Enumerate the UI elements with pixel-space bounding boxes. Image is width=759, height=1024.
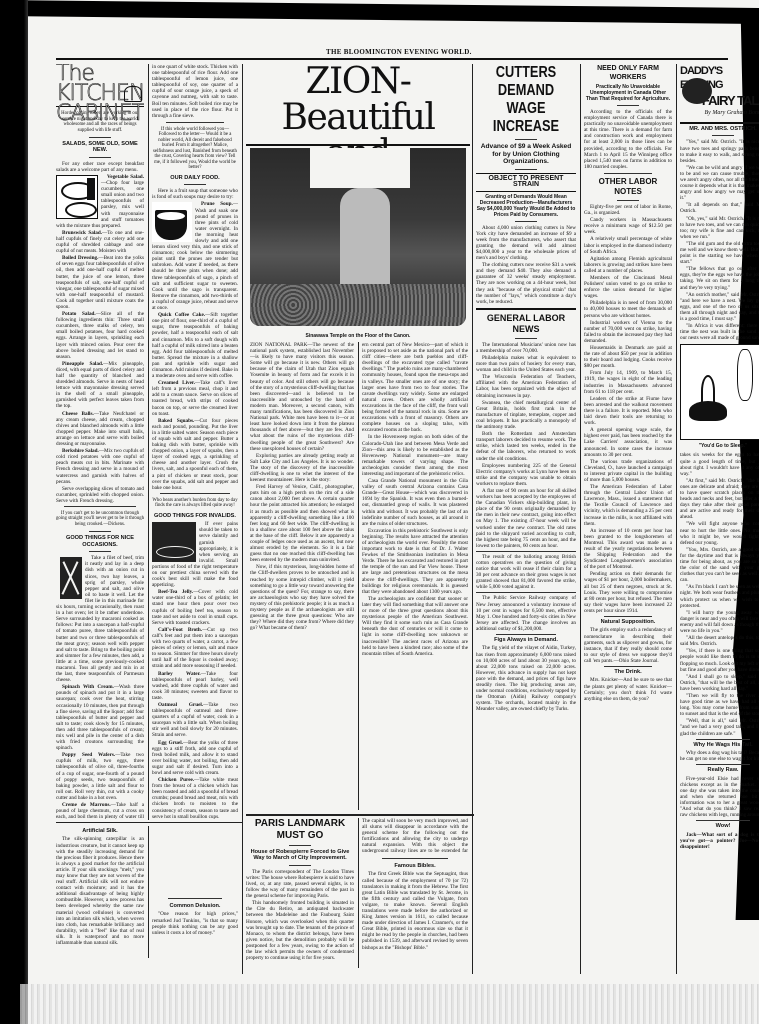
article-body: Mrs. Knicker—And be sure to see that the… bbox=[584, 677, 672, 701]
plate-shape bbox=[65, 202, 97, 218]
section-divider bbox=[246, 814, 474, 816]
recipe: Spinach With Cream.—Wash three pounds of… bbox=[56, 684, 144, 751]
cutters-demand-article: CUTTERS DEMAND WAGE INCREASE Advance of … bbox=[476, 64, 576, 970]
recipe: Boiled Dressing.—Beat into the yolks of … bbox=[56, 255, 144, 310]
recipe: Cheese Balls.—Take Neufchatel or any cre… bbox=[56, 411, 144, 448]
divider bbox=[604, 616, 652, 617]
article-paragraph: The clothing cutters now receive $31 a w… bbox=[476, 262, 576, 305]
labor-item: Both the Rotterdam and Amsterdam transpo… bbox=[476, 431, 576, 461]
article-paragraph: About 4,000 union clothing cutters in Ne… bbox=[476, 225, 576, 262]
divider bbox=[476, 592, 576, 593]
recipe: Creamed Liver.—Take calf's liver left fr… bbox=[152, 380, 238, 417]
zion-title-line1: ZION-Beautiful bbox=[246, 64, 470, 136]
story-head: MR. AND MRS. OSTRICH. bbox=[680, 126, 759, 132]
article-head: PARIS LANDMARK MUST GO bbox=[246, 818, 354, 842]
article-head: Why He Wags His Tail. bbox=[680, 742, 759, 748]
story-paragraph: "As I'm black I can't be seen as well at… bbox=[680, 584, 759, 608]
labor-note: The various trade organizations of Cleve… bbox=[584, 459, 672, 483]
labor-note: A general opening wage scale, the highes… bbox=[584, 427, 672, 457]
column-rule bbox=[148, 826, 149, 958]
scan-left-edge bbox=[0, 0, 28, 1024]
article-paragraph: Exploring parties are already getting re… bbox=[250, 453, 354, 483]
labor-note: Eighty-five per cent of labor in Rome, G… bbox=[584, 204, 672, 216]
story-paragraph: "Yes, if there is one thing that some pe… bbox=[680, 648, 759, 672]
article-paragraph: In the Hovenweep region on both sides of… bbox=[362, 434, 468, 477]
column-rule bbox=[148, 64, 149, 820]
labor-note: Members of the Cincinnati Metal Polisher… bbox=[584, 275, 672, 299]
recipe-name: Pineapple Salad. bbox=[62, 361, 103, 367]
labor-item: The result of the balloting among Britis… bbox=[476, 554, 576, 591]
section-head: OUR DAILY FOOD. bbox=[152, 175, 238, 181]
kitchen-title-line2: CABINET bbox=[56, 104, 144, 124]
divider bbox=[515, 169, 537, 170]
page-top-border bbox=[0, 0, 759, 24]
labor-note: Pending action on their demands for wage… bbox=[584, 571, 672, 614]
labor-note: Agitation among Flemish agricultural lab… bbox=[584, 256, 672, 274]
recipe: Chicken Puree.—Take white meat from the … bbox=[152, 777, 238, 820]
illustration-caption: "You'd Go to Sleep." bbox=[680, 443, 759, 449]
labor-note: Philadelphia is in need of from 30,000 t… bbox=[584, 300, 672, 318]
story-paragraph: "At first," said Mr. Ostrich, "the littl… bbox=[680, 478, 759, 521]
divider bbox=[476, 308, 576, 310]
fairy-tale-header: DADDY'S EVENING FAIRY TALE By Mary Graha… bbox=[680, 64, 759, 120]
farm-workers-article: NEED ONLY FARM WORKERS Practically No Un… bbox=[584, 64, 672, 970]
column-rule bbox=[676, 64, 677, 974]
recipe: Poppy Seed Wafers.—Take two cupfuls of m… bbox=[56, 752, 144, 801]
story-paragraph: "And I shall go to sleep," said Mr. Ostr… bbox=[680, 674, 759, 692]
labor-item: A flat rate of 90 cents an hour for all … bbox=[476, 488, 576, 549]
recipe-text: Serve overlapping slices of tomato and c… bbox=[56, 486, 144, 504]
kitchen-cabinet-column-2: in one quart of white stock. Thicken wit… bbox=[152, 64, 238, 820]
recipe-text: Beat into the yolks of seven eggs four t… bbox=[56, 255, 144, 310]
divider bbox=[64, 506, 136, 507]
story-paragraph: "Oh, yes," said Mr. Ostrich. "It is nice… bbox=[680, 216, 759, 240]
dickens-quote: If you can't get to be uncommon through … bbox=[56, 511, 144, 528]
divider bbox=[515, 221, 537, 222]
divider bbox=[696, 820, 750, 821]
recipe: Barley Water.—Take four tablespoonfuls o… bbox=[152, 671, 238, 701]
labor-item: Employees numbering 225 of the General E… bbox=[476, 463, 576, 487]
recipe-text: Mix two cupfuls of cold riced potatoes w… bbox=[56, 448, 144, 484]
invalid-tray-illustration bbox=[152, 522, 196, 562]
divider bbox=[476, 551, 576, 552]
kitchen-cabinet-header: The KITCHEN CABINET bbox=[56, 64, 144, 104]
kitchen-cabinet-column: The KITCHEN CABINET Hordes of tiny toile… bbox=[56, 64, 144, 820]
divider bbox=[496, 634, 556, 635]
kettle-icon bbox=[124, 86, 142, 102]
recipe-name: Barley Water. bbox=[158, 671, 201, 677]
recipe-name: Cheese Balls. bbox=[62, 411, 94, 417]
labor-note: A relatively small percentage of white l… bbox=[584, 236, 672, 254]
figs-body: The fig yield of the vilayet of Aidin, T… bbox=[476, 645, 576, 712]
article-paragraph: This handsomely fronted building is situ… bbox=[246, 900, 354, 961]
temple-rock-shape bbox=[340, 188, 390, 288]
deck-2: OBJECT TO PRESENT STRAIN bbox=[476, 173, 576, 192]
salad-bowl-illustration bbox=[56, 175, 98, 219]
recipe: Oatmeal Gruel.—Take two tablespoonfuls o… bbox=[152, 702, 238, 739]
story-paragraph: takes six weeks for the eggs to hatch, q… bbox=[680, 452, 759, 476]
recipe-name: Baked Squabs. bbox=[158, 418, 194, 424]
recipe-name: Prune Soup. bbox=[201, 201, 233, 207]
section-head: GOOD THINGS FOR INVALIDS. bbox=[152, 513, 238, 519]
labor-note: Industrial workers of Vienna to the numb… bbox=[584, 320, 672, 344]
column-rule bbox=[580, 64, 581, 974]
divider bbox=[617, 200, 639, 201]
divider bbox=[89, 531, 111, 532]
labor-note: Candy workers in Massachusetts receive a… bbox=[584, 217, 672, 235]
story-paragraph: "The fellows that go out after the eggs,… bbox=[680, 266, 759, 290]
recipe: Serve overlapping slices of tomato and c… bbox=[56, 486, 144, 504]
recipe-text: Beat the yolks of three eggs to a stiff … bbox=[152, 740, 238, 776]
story-paragraph: "The old gum and the old extra tosses me… bbox=[680, 241, 759, 265]
foliage-shape bbox=[250, 284, 466, 326]
article-body: The silk-spinning caterpillar is an indu… bbox=[56, 836, 144, 946]
recipe-text: Slice all of the following ingredients t… bbox=[56, 311, 144, 360]
section-head: GOOD THINGS FOR NICE OCCASIONS. bbox=[56, 535, 144, 548]
sky-shape bbox=[310, 148, 410, 188]
divider bbox=[696, 764, 750, 765]
divider bbox=[680, 122, 759, 124]
recipe: Calf's-Foot Broth.—Cut up two calf's fee… bbox=[152, 627, 238, 670]
recipe-text: Cut four pieces each and pound, pounding… bbox=[152, 418, 238, 491]
recipe: Egg Gruel.—Beat the yolks of three eggs … bbox=[152, 740, 238, 777]
story-paragraph: "In Africa it was different; there the t… bbox=[680, 323, 759, 341]
divider bbox=[604, 666, 652, 667]
deck-1: Advance of $9 a Week Asked for by Union … bbox=[476, 143, 576, 166]
divider bbox=[515, 338, 537, 339]
article-head: Natural Supposition. bbox=[584, 619, 672, 625]
section-divider bbox=[56, 822, 242, 823]
divider bbox=[696, 739, 750, 740]
recipe: Brunswick Salad.—To one and one-half cup… bbox=[56, 230, 144, 254]
reading-child-illustration bbox=[682, 78, 712, 104]
divider bbox=[160, 493, 230, 494]
zion-column-1: ZION NATIONAL PARK—The newest of the nat… bbox=[250, 342, 354, 810]
headline-rule bbox=[246, 144, 470, 146]
sinawava-temple-photo bbox=[250, 148, 466, 326]
story-paragraph: "An ostrich mother," said Mr. Ostrich, "… bbox=[680, 292, 759, 322]
labor-item: The International Musicians' union now h… bbox=[476, 342, 576, 354]
silk-continuation-space bbox=[152, 826, 238, 894]
recipe: Creme de Marrons.—Take half a pound of l… bbox=[56, 802, 144, 820]
divider bbox=[89, 551, 111, 552]
recipe-text: Take two cupfuls of milk, two eggs, thre… bbox=[56, 752, 144, 801]
photo-caption: Sinawava Temple on the Floor of the Cano… bbox=[250, 333, 466, 339]
article-head: Wow! bbox=[680, 823, 759, 829]
story-paragraph: "I will hurry the young away when danger… bbox=[680, 610, 759, 634]
column-rule bbox=[242, 64, 243, 974]
recipe: Pineapple Salad.—Mix pineapple, diced, w… bbox=[56, 361, 144, 410]
column-rule bbox=[472, 64, 473, 974]
labor-item: Philadelphia makes what is equivalent to… bbox=[476, 355, 576, 373]
recipe-name: Calf's-Foot Broth. bbox=[158, 627, 202, 633]
story-paragraph: "All the desert antelopes do this, too,"… bbox=[680, 635, 759, 647]
article-body: The girls employ such a redundancy of no… bbox=[584, 627, 672, 664]
recipe: Potato Salad.—Slice all of the following… bbox=[56, 311, 144, 360]
bottle-shape bbox=[87, 178, 95, 200]
article-deck: House of Robespierre Forced to Give Way … bbox=[246, 849, 354, 862]
article-paragraph: Fred Harvey of Venice, Calif., photograp… bbox=[250, 484, 354, 563]
ostrich-neck-shape bbox=[701, 375, 715, 407]
divider bbox=[184, 184, 206, 185]
paris-landmark-article: PARIS LANDMARK MUST GO House of Robespie… bbox=[246, 818, 354, 968]
article-head: The Drink. bbox=[584, 669, 672, 675]
divider bbox=[289, 845, 311, 846]
recipe-text: Cover with cold water one-third of a box… bbox=[152, 589, 238, 625]
story-paragraph: "You, Mrs. Ostrich, are a good color for… bbox=[680, 547, 759, 584]
section-intro: For any other race except breakfast sala… bbox=[56, 161, 144, 173]
recipe: Berkshire Salad.—Mix two cupfuls of cold… bbox=[56, 448, 144, 485]
article-paragraph: ZION NATIONAL PARK—The newest of the nat… bbox=[250, 342, 354, 452]
recipe-text: Take white meat from the breast of a chi… bbox=[152, 777, 238, 820]
labor-note: The American Federation of Labor through… bbox=[584, 484, 672, 527]
recipe-text: Mix pineapple, diced, with equal parts o… bbox=[56, 361, 144, 410]
article-deck: Practically No Unavoidable Unemployment … bbox=[584, 84, 672, 102]
poem: If this whole world followed you— Follow… bbox=[152, 127, 238, 171]
story-paragraph: "Yes," said Mr. Ostrich. "It is nice to … bbox=[680, 139, 759, 163]
other-labor-notes-head: OTHER LABOR NOTES bbox=[584, 177, 672, 197]
article-body: According to the officials of the employ… bbox=[584, 109, 672, 170]
ostrich-standing-shape bbox=[737, 349, 753, 401]
zion-headline: ZION-Beautiful and Mysterious bbox=[246, 64, 470, 142]
ostrich-illustration bbox=[680, 344, 759, 440]
section-head: SALADS, SOME OLD, SOME NEW. bbox=[56, 141, 144, 154]
article-body: Five-year-old Elsie had never seen chick… bbox=[680, 776, 759, 819]
recipe-text: Take Neufchatel or any cream cheese, add… bbox=[56, 411, 144, 447]
story-paragraph: "We will fight anyone who comes near to … bbox=[680, 521, 759, 545]
story-paragraph: "Then we will fly to the river and have … bbox=[680, 693, 759, 717]
quote: Who bears another's burden from day to d… bbox=[152, 498, 238, 509]
story-paragraph: "We can be wild and angry if we want to … bbox=[680, 165, 759, 202]
divider bbox=[617, 105, 639, 106]
story-paragraph: "It all depends on that," said Mrs. Ostr… bbox=[680, 202, 759, 214]
divider bbox=[289, 865, 311, 866]
bibles-article: The capital will soon be very much impro… bbox=[362, 818, 468, 968]
labor-note: Leaders of the strike at Fiume have been… bbox=[584, 396, 672, 426]
article-paragraph: The capital will soon be very much impro… bbox=[362, 818, 468, 854]
headline-line2: WAGE INCREASE bbox=[486, 100, 566, 136]
recipe: Quick Coffee Cake.—Sift together one pin… bbox=[152, 312, 238, 379]
article-paragraph: Now, if this mysterious, long-hidden hom… bbox=[250, 564, 354, 631]
story-paragraph: "Well, that is all," said Mr. Ostrich, "… bbox=[680, 718, 759, 736]
recipe-text: Wash three pounds of spinach and put it … bbox=[56, 684, 144, 751]
labor-item: The Public Service Railway company of Ne… bbox=[476, 595, 576, 632]
article-body: "One reason for high prices," remarked J… bbox=[152, 911, 238, 935]
artificial-silk-article: Artificial Silk. The silk-spinning cater… bbox=[56, 826, 144, 961]
figs-head: Figs Always in Demand. bbox=[476, 637, 576, 643]
article-head: Common Delusion. bbox=[152, 903, 238, 909]
masthead-rule bbox=[56, 58, 728, 60]
labor-note: From July 14, 1909, to March 15, 1919, t… bbox=[584, 370, 672, 394]
article-head: Artificial Silk. bbox=[56, 828, 144, 834]
byline: By Mary Graham Bonner bbox=[680, 110, 759, 117]
column-rule bbox=[358, 342, 359, 810]
section-intro: Here is a fruit soup that someone who is… bbox=[152, 188, 238, 200]
article-paragraph: The Paris correspondent of The London Ti… bbox=[246, 869, 354, 899]
divider bbox=[382, 858, 448, 859]
column-rule bbox=[358, 818, 359, 968]
article-paragraph: ern central part of New Mexico—part of w… bbox=[362, 342, 468, 433]
article-body: The first Greek Bible was the Septuagint… bbox=[362, 871, 468, 950]
scan-bottom-noise bbox=[20, 984, 759, 1024]
recipe-text: Sift together one pint of flour, one-thi… bbox=[152, 312, 238, 379]
article-head: Really Raw. bbox=[680, 767, 759, 773]
recipe-text: Cut up two calf's feet and put them into… bbox=[152, 627, 238, 670]
divider bbox=[89, 157, 111, 158]
divider bbox=[712, 135, 734, 136]
divider bbox=[168, 898, 222, 899]
deck-3: Granting of Demands Would Mean Decreased… bbox=[476, 194, 576, 218]
article-body: Jack—What sort of a dog is that you've g… bbox=[680, 832, 759, 850]
soup-continuation: in one quart of white stock. Thicken wit… bbox=[152, 64, 238, 119]
newspaper-page: THE BLOOMINGTON EVENING WORLD. The KITCH… bbox=[56, 48, 728, 978]
labor-note: An increase of 10 cents per hour has bee… bbox=[584, 528, 672, 571]
recipe: Baked Squabs.—Cut four pieces each and p… bbox=[152, 418, 238, 491]
crossed-utensils-illustration bbox=[60, 557, 82, 599]
article-body: Why does a dog wag his tail? Because he … bbox=[680, 750, 759, 762]
divider bbox=[166, 122, 224, 123]
headline-line1: CUTTERS DEMAND bbox=[486, 64, 566, 100]
divider bbox=[89, 137, 111, 138]
article-paragraph: The archeologists are confident that soo… bbox=[362, 596, 468, 657]
recipe-text: Take calf's liver left from a previous m… bbox=[152, 380, 238, 416]
labor-item: Swansea, the chief metallurgical center … bbox=[476, 400, 576, 430]
soup-pot-illustration bbox=[152, 202, 192, 242]
fairy-tale-column: DADDY'S EVENING FAIRY TALE By Mary Graha… bbox=[680, 64, 759, 970]
article-paragraph: Casa Grande National monument in the Gil… bbox=[362, 478, 468, 527]
article-head: Famous Bibles. bbox=[362, 863, 468, 869]
recipe-name: Egg Gruel. bbox=[158, 740, 183, 746]
masthead-title: THE BLOOMINGTON EVENING WORLD. bbox=[326, 48, 472, 56]
zion-column-2: ern central part of New Mexico—part of w… bbox=[362, 342, 468, 810]
labor-note: Housemaids in Denmark are paid at the ra… bbox=[584, 345, 672, 369]
recipe-text: Take two tablespoonfuls of oatmeal and t… bbox=[152, 702, 238, 738]
divider bbox=[515, 139, 537, 140]
recipe-name: Brunswick Salad. bbox=[62, 230, 102, 236]
common-delusion-article: Common Delusion. "One reason for high pr… bbox=[152, 826, 238, 961]
article-head: NEED ONLY FARM WORKERS bbox=[584, 64, 672, 82]
divider bbox=[604, 173, 652, 174]
tray-shape bbox=[156, 546, 194, 558]
labor-item: The Wisconsin Federation of Teachers, af… bbox=[476, 374, 576, 398]
article-paragraph: Excavation in this prehistoric Southwest… bbox=[362, 528, 468, 595]
recipe: Beef-Tea Jelly.—Cover with cold water on… bbox=[152, 589, 238, 626]
masthead: THE BLOOMINGTON EVENING WORLD. bbox=[56, 48, 728, 58]
general-labor-news-head: GENERAL LABOR NEWS bbox=[476, 313, 576, 335]
